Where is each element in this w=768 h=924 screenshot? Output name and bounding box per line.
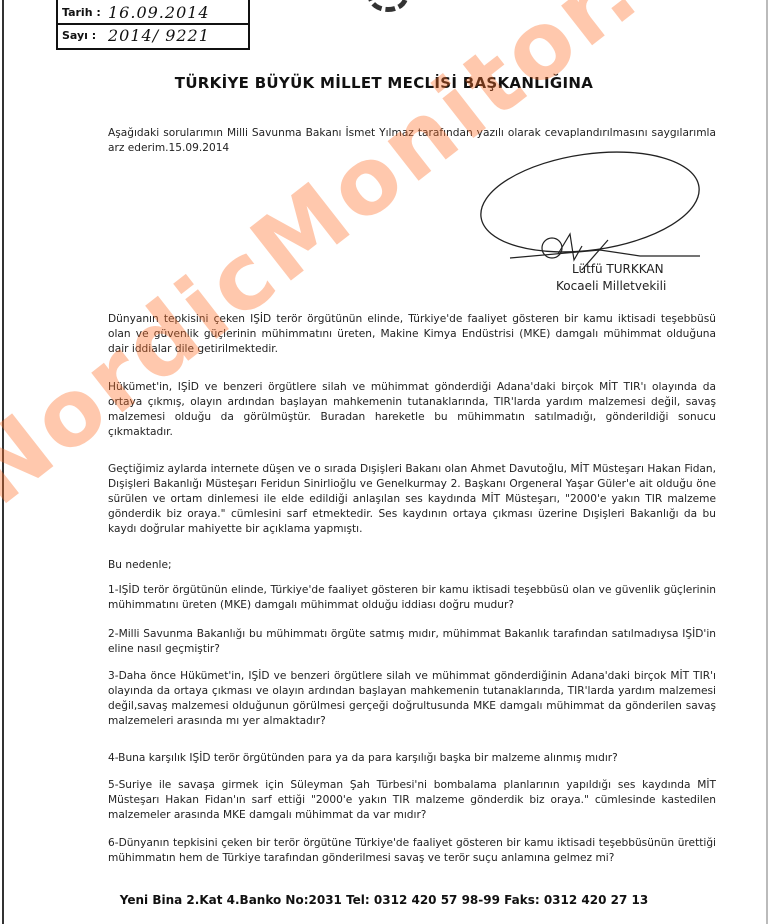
registry-stamp: Tarih : 16.09.2014 Sayı : 2014/ 9221 — [56, 0, 250, 50]
question-3: 3-Daha önce Hükümet'in, IŞİD ve benzeri … — [108, 669, 716, 729]
question-1: 1-IŞİD terör örgütünün elinde, Türkiye'd… — [108, 583, 716, 613]
question-5: 5-Suriye ile savaşa girmek için Süleyman… — [108, 778, 716, 823]
stamp-date-row: Tarih : 16.09.2014 — [58, 2, 248, 23]
paragraph-1: Dünyanın tepkisini çeken IŞİD terör örgü… — [108, 312, 716, 357]
stamp-date-value: 16.09.2014 — [108, 3, 210, 22]
stamp-number-row: Sayı : 2014/ 9221 — [58, 23, 248, 46]
question-4: 4-Buna karşılık IŞİD terör örgütünden pa… — [108, 751, 716, 766]
contact-footer: Yeni Bina 2.Kat 4.Banko No:2031 Tel: 031… — [0, 893, 768, 907]
signatory-title: Kocaeli Milletvekili — [556, 279, 666, 293]
official-seal-icon — [368, 0, 408, 12]
page-left-edge — [2, 0, 4, 924]
paragraph-3: Geçtiğimiz aylarda internete düşen ve o … — [108, 462, 716, 537]
paragraph-4: Bu nedenle; — [108, 558, 716, 573]
question-2: 2-Milli Savunma Bakanlığı bu mühimmatı ö… — [108, 627, 716, 657]
document-title: TÜRKİYE BÜYÜK MİLLET MECLİSİ BAŞKANLIĞIN… — [0, 74, 768, 92]
question-6: 6-Dünyanın tepkisini çeken bir terör örg… — [108, 836, 716, 866]
signature-icon — [460, 150, 720, 270]
stamp-number-value: 2014/ 9221 — [108, 26, 210, 45]
stamp-number-label: Sayı : — [62, 29, 108, 42]
paragraph-2: Hükümet'in, IŞİD ve benzeri örgütlere si… — [108, 380, 716, 440]
signatory-name: Lütfü TURKKAN — [572, 262, 664, 276]
stamp-date-label: Tarih : — [62, 6, 108, 19]
